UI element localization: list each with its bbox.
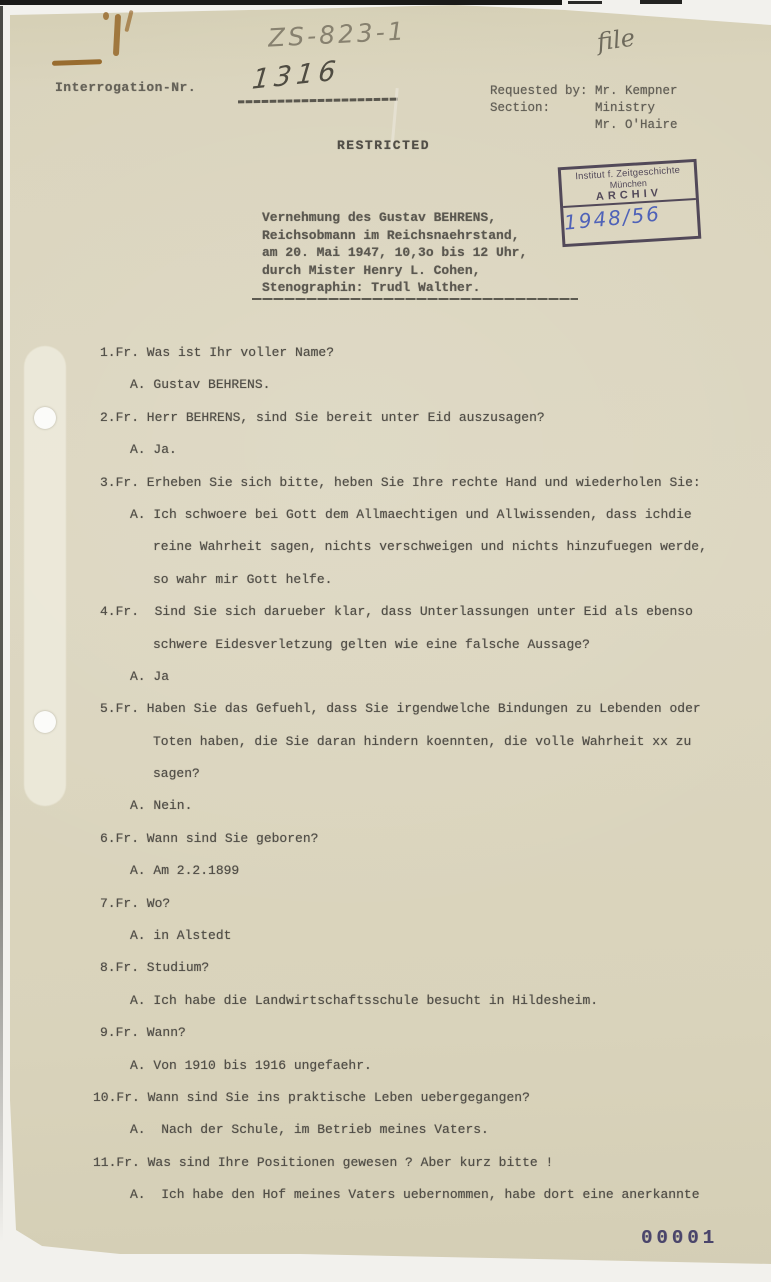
archive-stamp: Institut f. Zeitgeschichte München ARCHI… <box>558 159 702 247</box>
qa-line: 8.Fr. Studium? <box>0 960 771 992</box>
qa-line: 1.Fr. Was ist Ihr voller Name? <box>0 345 771 377</box>
qa-line: 9.Fr. Wann? <box>0 1025 771 1057</box>
qa-line: A. Nach der Schule, im Betrieb meines Va… <box>0 1122 771 1154</box>
qa-line: reine Wahrheit sagen, nichts verschweige… <box>0 539 771 571</box>
classification-restricted: RESTRICTED <box>337 138 430 153</box>
qa-line: Toten haben, die Sie daran hindern koenn… <box>0 734 771 766</box>
qa-line: 7.Fr. Wo? <box>0 896 771 928</box>
qa-line: 10.Fr. Wann sind Sie ins praktische Lebe… <box>0 1090 771 1122</box>
scanner-edge-top <box>0 0 562 5</box>
qa-line: A. Ich habe die Landwirtschaftsschule be… <box>0 993 771 1025</box>
page-number-stamp: 00001 <box>641 1227 718 1249</box>
qa-line: 3.Fr. Erheben Sie sich bitte, heben Sie … <box>0 475 771 507</box>
qa-line: A. Ich habe den Hof meines Vaters uebern… <box>0 1187 771 1219</box>
requested-by-block: Requested by: Mr. Kempner Section: Minis… <box>490 83 678 134</box>
qa-line: A. Am 2.2.1899 <box>0 863 771 895</box>
interrogation-intro-block: Vernehmung des Gustav BEHRENS, Reichsobm… <box>262 209 527 297</box>
qa-line: 6.Fr. Wann sind Sie geboren? <box>0 831 771 863</box>
qa-line: 11.Fr. Was sind Ihre Positionen gewesen … <box>0 1155 771 1187</box>
qa-line: A. in Alstedt <box>0 928 771 960</box>
qa-line: sagen? <box>0 766 771 798</box>
qa-line: 2.Fr. Herr BEHRENS, sind Sie bereit unte… <box>0 410 771 442</box>
scanner-edge-dash <box>568 1 602 4</box>
scanner-edge-dash <box>640 0 682 4</box>
qa-line: so wahr mir Gott helfe. <box>0 572 771 604</box>
qa-line: 4.Fr. Sind Sie sich darueber klar, dass … <box>0 604 771 636</box>
qa-line: A. Ja. <box>0 442 771 474</box>
qa-line: A. Ja <box>0 669 771 701</box>
qa-line: schwere Eidesverletzung gelten wie eine … <box>0 637 771 669</box>
qa-line: 5.Fr. Haben Sie das Gefuehl, dass Sie ir… <box>0 701 771 733</box>
qa-line: A. Nein. <box>0 798 771 830</box>
handwritten-file-note: file <box>595 23 636 56</box>
qa-lines: 1.Fr. Was ist Ihr voller Name?A. Gustav … <box>0 345 771 1220</box>
rust-stain <box>103 12 109 20</box>
intro-underline <box>252 298 578 300</box>
qa-line: A. Von 1910 bis 1916 ungefaehr. <box>0 1058 771 1090</box>
scanned-document: ZS-823-1 file Interrogation-Nr. 1316 Req… <box>0 0 771 1282</box>
qa-line: A. Gustav BEHRENS. <box>0 377 771 409</box>
qa-line: A. Ich schwoere bei Gott dem Allmaechtig… <box>0 507 771 539</box>
interrogation-number-label: Interrogation-Nr. <box>55 80 196 95</box>
